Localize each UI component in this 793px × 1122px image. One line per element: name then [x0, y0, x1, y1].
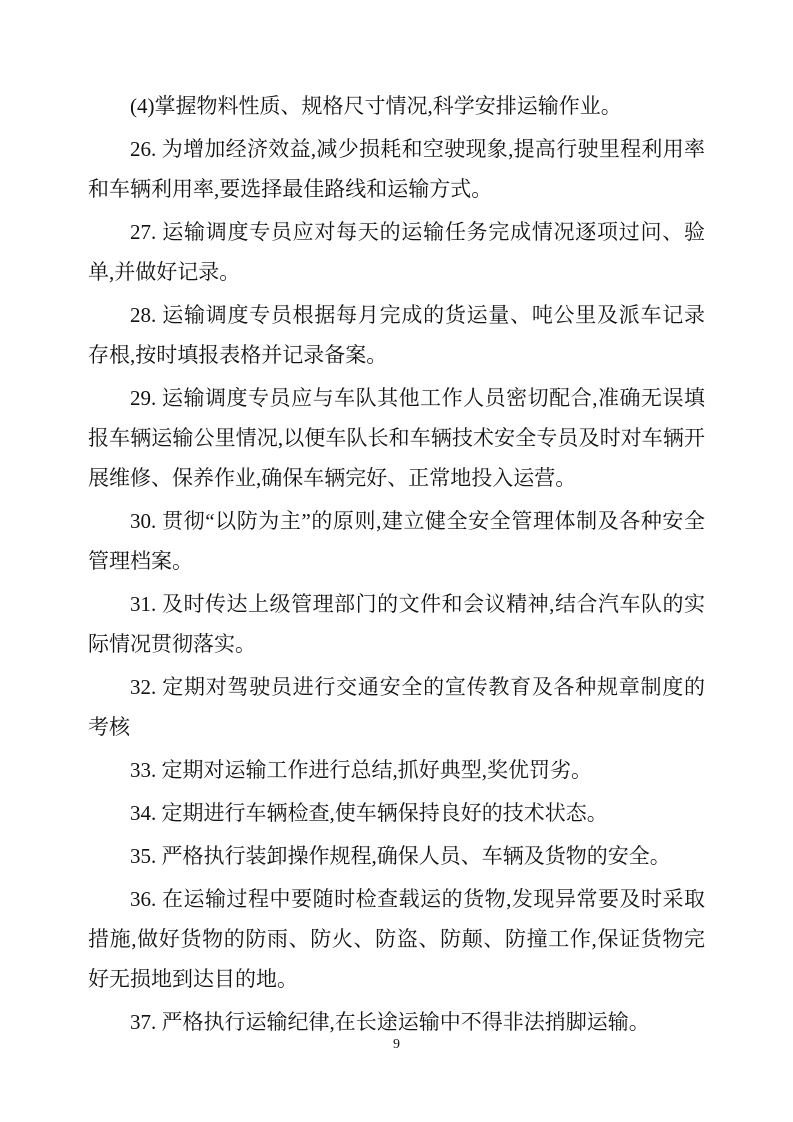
paragraph: 29. 运输调度专员应与车队其他工作人员密切配合,准确无误填报车辆运输公里情况,…: [88, 378, 705, 498]
document-page: (4)掌握物料性质、规格尺寸情况,科学安排运输作业。 26. 为增加经济效益,减…: [0, 0, 793, 1122]
paragraph: 33. 定期对运输工作进行总结,抓好典型,奖优罚劣。: [88, 750, 705, 790]
page-number: 9: [0, 1036, 793, 1054]
paragraph: 28. 运输调度专员根据每月完成的货运量、吨公里及派车记录存根,按时填报表格并记…: [88, 295, 705, 375]
paragraph: 27. 运输调度专员应对每天的运输任务完成情况逐项过问、验单,并做好记录。: [88, 212, 705, 292]
paragraph: (4)掌握物料性质、规格尺寸情况,科学安排运输作业。: [88, 86, 705, 126]
document-body: (4)掌握物料性质、规格尺寸情况,科学安排运输作业。 26. 为增加经济效益,减…: [88, 86, 705, 1045]
paragraph: 32. 定期对驾驶员进行交通安全的宣传教育及各种规章制度的考核: [88, 667, 705, 747]
paragraph: 26. 为增加经济效益,减少损耗和空驶现象,提高行驶里程利用率和车辆利用率,要选…: [88, 129, 705, 209]
paragraph: 31. 及时传达上级管理部门的文件和会议精神,结合汽车队的实际情况贯彻落实。: [88, 584, 705, 664]
paragraph: 34. 定期进行车辆检查,使车辆保持良好的技术状态。: [88, 793, 705, 833]
paragraph: 30. 贯彻“以防为主”的原则,建立健全安全管理体制及各种安全管理档案。: [88, 501, 705, 581]
paragraph: 36. 在运输过程中要随时检查载运的货物,发现异常要及时采取措施,做好货物的防雨…: [88, 879, 705, 999]
paragraph: 35. 严格执行装卸操作规程,确保人员、车辆及货物的安全。: [88, 836, 705, 876]
